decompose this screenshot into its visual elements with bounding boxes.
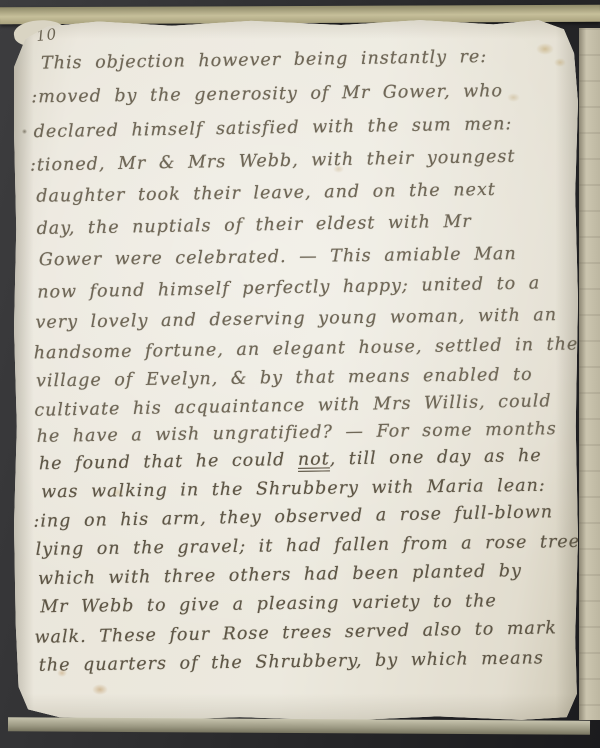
manuscript-line: village of Evelyn, & by that means enabl… [36,365,533,391]
manuscript-line: very lovely and deserving young woman, w… [35,305,557,333]
manuscript-line: daughter took their leave, and on the ne… [36,180,496,207]
photo-background: 10 This objection however being instantl… [0,0,600,748]
manuscript-line: This objection however being instantly r… [41,47,487,74]
line-segment: , till one day as he [330,446,542,470]
manuscript-line: lying on the gravel; it had fallen from … [36,532,581,560]
manuscript-line: :ing on his arm, they observed a rose fu… [33,502,553,532]
manuscript-line: he have a wish ungratified? — For some m… [36,419,557,447]
manuscript-line: was walking in the Shrubbery with Maria … [41,476,546,503]
manuscript-text-block: This objection however being instantly r… [11,15,582,724]
manuscript-line: cultivate his acquaintance with Mrs Will… [34,391,552,420]
manuscript-line: :moved by the generosity of Mr Gower, wh… [31,81,503,107]
underlined-word: not [298,449,330,470]
line-segment: he found that he could [39,450,298,474]
book-bottom-edge [8,717,590,735]
manuscript-page: 10 This objection however being instantl… [14,18,578,722]
book-top-edge [0,5,600,25]
manuscript-line: now found himself perfectly happy; unite… [37,273,540,302]
manuscript-line: he found that he could not, till one day… [39,446,542,474]
manuscript-line: walk. These four Rose trees served also … [34,618,557,648]
manuscript-line: handsome fortune, an elegant house, sett… [34,334,579,363]
manuscript-line: day, the nuptials of their eldest with M… [36,212,471,239]
manuscript-line: Mr Webb to give a pleasing variety to th… [40,591,497,617]
manuscript-line: declared himself satisfied with the sum … [34,114,513,142]
manuscript-line: :tioned, Mr & Mrs Webb, with their young… [30,147,516,176]
manuscript-line: the quarters of the Shrubbery, by which … [39,648,544,675]
manuscript-line: Gower were celebrated. — This amiable Ma… [39,244,517,270]
next-page-edge [579,28,600,720]
manuscript-line: which with three others had been planted… [38,561,522,589]
